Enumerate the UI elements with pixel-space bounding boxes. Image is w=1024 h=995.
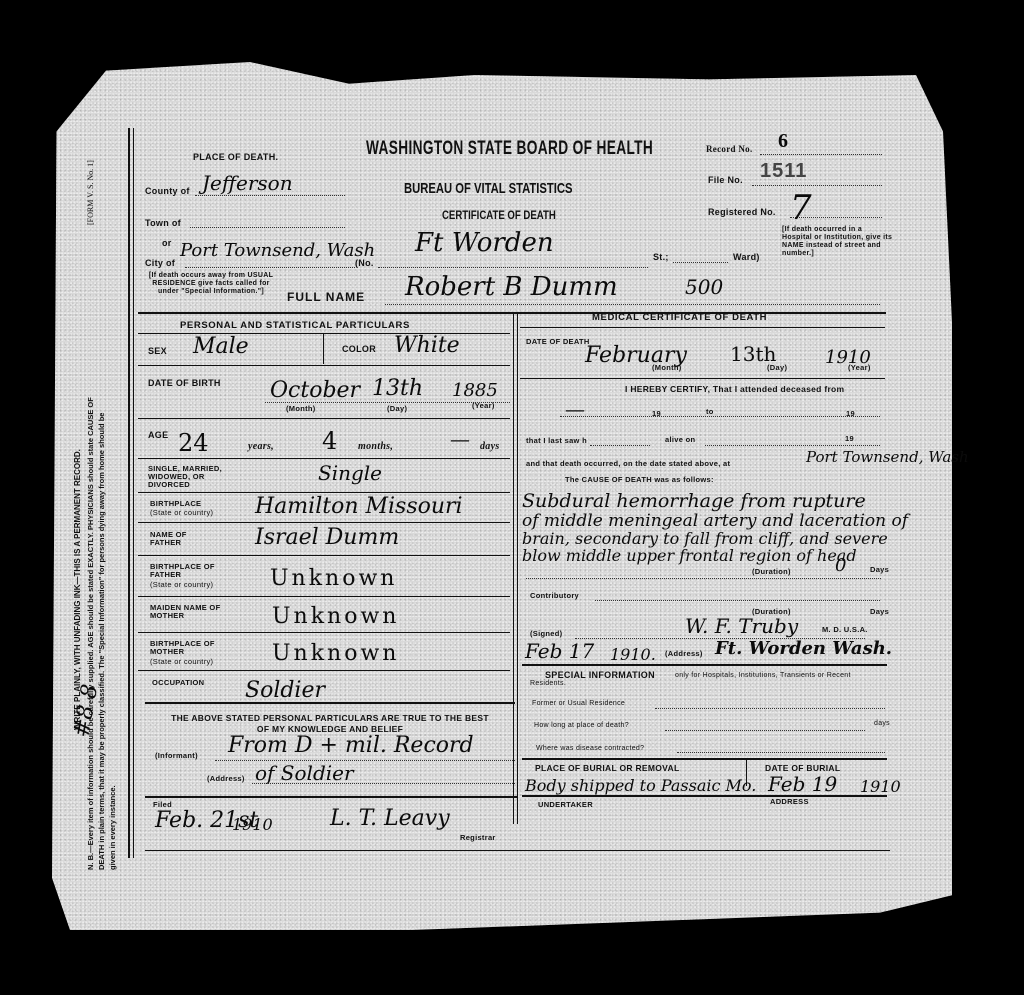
registrar-signature: L. T. Leavy xyxy=(330,808,450,830)
burial-date-label: DATE OF BURIAL xyxy=(765,764,840,772)
signed-label: (Signed) xyxy=(530,630,562,638)
personal-divider-4 xyxy=(138,492,510,493)
former-residence-line xyxy=(655,708,885,709)
institution-note: [If death occurred in a Hospital or Inst… xyxy=(782,226,894,258)
father-value: Israel Dumm xyxy=(255,527,399,549)
father-birthplace-value: Unknown xyxy=(270,568,397,590)
dob-month-label: (Month) xyxy=(286,405,316,413)
burial-date-value: Feb 19 xyxy=(768,773,837,795)
medical-heading: MEDICAL CERTIFICATE OF DEATH xyxy=(592,312,767,323)
full-name-annotation: 500 xyxy=(685,276,723,298)
physician-address-value: Ft. Worden Wash. xyxy=(715,638,892,660)
dob-day: 13th xyxy=(372,378,423,400)
dod-day: 13th xyxy=(730,343,776,365)
form-number: [FORM V. S. No. 1] xyxy=(86,160,95,225)
marital-label: SINGLE, MARRIED, WIDOWED, OR DIVORCED xyxy=(148,465,248,489)
header-divider xyxy=(138,312,886,314)
mother-birthplace-value: Unknown xyxy=(272,643,399,665)
father-birthplace-sublabel: (State or country) xyxy=(150,581,213,589)
medical-divider-0 xyxy=(520,327,885,328)
mother-birthplace-label: BIRTHPLACE OF MOTHER xyxy=(150,640,230,656)
contributory-line xyxy=(595,600,880,601)
personal-divider-6 xyxy=(138,555,510,556)
sex-value: Male xyxy=(193,336,249,358)
how-long-line xyxy=(665,730,865,731)
dob-day-label: (Day) xyxy=(387,405,407,413)
last-saw-line xyxy=(590,445,650,446)
margin-instruction-line2: N. B.—Every item of information should b… xyxy=(86,397,95,870)
street-line xyxy=(378,267,648,268)
sex-color-divider xyxy=(323,334,324,364)
age-years: 24 xyxy=(178,432,209,454)
certificate-title: CERTIFICATE OF DEATH xyxy=(442,208,556,222)
town-label: Town of xyxy=(145,218,181,228)
city-value: Port Townsend, Wash xyxy=(180,240,375,262)
cause-line-4: blow middle upper frontal region of head xyxy=(522,545,857,567)
full-name-line xyxy=(385,304,880,305)
personal-divider-9 xyxy=(138,670,510,671)
dod-month-label: (Month) xyxy=(652,364,682,372)
informant-address-value: of Soldier xyxy=(255,762,354,784)
dod-label: DATE OF DEATH xyxy=(526,338,590,346)
dod-year-label: (Year) xyxy=(848,364,871,372)
county-label: County of xyxy=(145,186,190,196)
months-label: months, xyxy=(358,442,393,452)
duration-value-1: 0 xyxy=(835,555,846,577)
city-label: City of xyxy=(145,258,175,268)
medical-divider-1 xyxy=(520,378,885,379)
informant-address-label: (Address) xyxy=(207,775,245,783)
cause-label: The CAUSE OF DEATH was as follows: xyxy=(565,476,714,484)
signed-year: 1910. xyxy=(610,644,656,666)
age-label: AGE xyxy=(148,430,168,440)
file-no-line xyxy=(752,185,882,186)
color-value: White xyxy=(394,335,460,357)
personal-divider-8 xyxy=(138,632,510,633)
special-divider xyxy=(522,664,887,666)
registrar-label: Registrar xyxy=(460,834,496,842)
file-no-value: 1511 xyxy=(760,160,807,182)
burial-divider xyxy=(522,758,887,760)
age-months: 4 xyxy=(322,430,337,452)
full-name-label: FULL NAME xyxy=(287,292,365,302)
md-label: M. D. U.S.A. xyxy=(822,626,868,634)
occupation-value: Soldier xyxy=(245,680,325,702)
marital-value: Single xyxy=(318,462,382,484)
contracted-label: Where was disease contracted? xyxy=(536,745,644,753)
days-label-1: Days xyxy=(870,566,889,574)
death-place-value: Port Townsend, Wash xyxy=(806,446,969,468)
dod-day-label: (Day) xyxy=(767,364,787,372)
death-occurred-label: and that death occurred, on the date sta… xyxy=(526,460,730,468)
mother-label: MAIDEN NAME OF MOTHER xyxy=(150,604,230,620)
full-name-value: Robert B Dumm xyxy=(405,272,618,302)
duration-line-1 xyxy=(526,578,881,579)
record-no-line xyxy=(760,154,882,155)
personal-divider-1 xyxy=(138,365,510,366)
alive-on-label: alive on xyxy=(665,436,695,444)
column-divider-2 xyxy=(517,314,518,824)
years-label: years, xyxy=(248,442,274,452)
contributory-label: Contributory xyxy=(530,592,579,600)
duration-label-1: (Duration) xyxy=(752,568,791,576)
column-divider-1 xyxy=(513,314,514,824)
st-label: St.; xyxy=(653,252,669,262)
bottom-divider xyxy=(145,850,890,851)
personal-divider-2 xyxy=(138,418,510,419)
town-line xyxy=(190,227,345,228)
burial-place-label: PLACE OF BURIAL OR REMOVAL xyxy=(535,764,679,772)
how-long-label: How long at place of death? xyxy=(534,722,629,730)
frame-left-double-1 xyxy=(128,128,130,858)
file-no-label: File No. xyxy=(708,175,743,185)
personal-divider-10 xyxy=(145,702,515,704)
margin-instruction-line4: given in every instance. xyxy=(108,785,117,870)
signed-date: Feb 17 xyxy=(525,640,594,662)
registered-no-value: 7 xyxy=(790,188,812,228)
days-label: days xyxy=(480,442,500,452)
physician-address-label: (Address) xyxy=(665,650,703,658)
cause-line-1: Subdural hemorrhage from rupture xyxy=(522,490,866,512)
ward-label: Ward) xyxy=(733,252,760,262)
board-title: WASHINGTON STATE BOARD OF HEALTH xyxy=(366,138,653,160)
father-label: NAME OF FATHER xyxy=(150,531,210,547)
personal-heading: PERSONAL AND STATISTICAL PARTICULARS xyxy=(180,320,410,331)
record-no-label: Record No. xyxy=(706,144,753,154)
alive-19-label: 19 xyxy=(845,435,854,443)
or-label: or xyxy=(162,238,172,248)
father-birthplace-label: BIRTHPLACE OF FATHER xyxy=(150,563,230,579)
sex-label: SEX xyxy=(148,346,167,356)
street-value: Ft Worden xyxy=(415,232,554,254)
dob-year-label: (Year) xyxy=(472,402,495,410)
attended-to-label: to xyxy=(706,408,714,416)
dob-label: DATE OF BIRTH xyxy=(148,378,221,388)
former-residence-label: Former or Usual Residence xyxy=(532,700,625,708)
how-long-days-label: days xyxy=(874,720,890,728)
attended-19-label-2: 19 xyxy=(846,410,855,418)
contracted-line xyxy=(677,752,885,753)
burial-place-value: Body shipped to Passaic Mo. xyxy=(525,775,756,797)
personal-divider-5 xyxy=(138,522,510,523)
filed-divider xyxy=(145,796,517,798)
certify-text: I HEREBY CERTIFY, That I attended deceas… xyxy=(625,385,844,393)
county-line xyxy=(195,195,345,196)
undertaker-label: UNDERTAKER xyxy=(538,801,593,809)
usual-residence-note: [If death occurs away from USUAL RESIDEN… xyxy=(145,272,277,296)
record-no-value: 6 xyxy=(778,130,788,152)
undertaker-address-label: ADDRESS xyxy=(770,798,809,806)
age-days: — xyxy=(450,428,470,450)
birthplace-value: Hamilton Missouri xyxy=(255,496,463,518)
attended-19-label: 19 xyxy=(652,410,661,418)
filed-year: 1910 xyxy=(232,814,273,836)
informant-value: From D + mil. Record xyxy=(228,735,474,757)
bureau-title: BUREAU OF VITAL STATISTICS xyxy=(404,180,573,197)
occupation-label: OCCUPATION xyxy=(152,679,204,687)
mother-value: Unknown xyxy=(272,606,399,628)
attended-from-value: — xyxy=(565,398,585,420)
attended-from-line xyxy=(560,416,880,417)
attestation-text: THE ABOVE STATED PERSONAL PARTICULARS AR… xyxy=(165,713,495,735)
birthplace-label: BIRTHPLACE xyxy=(150,500,201,508)
last-saw-label: that I last saw h xyxy=(526,437,587,445)
ward-line xyxy=(673,262,728,263)
undertaker-divider xyxy=(522,795,887,797)
personal-divider-7 xyxy=(138,596,510,597)
personal-divider-3 xyxy=(138,458,510,459)
dob-month: October xyxy=(270,380,360,402)
informant-label: (Informant) xyxy=(155,752,198,760)
dob-year: 1885 xyxy=(452,380,498,402)
city-line xyxy=(185,267,355,268)
registered-no-label: Registered No. xyxy=(708,207,776,217)
birthplace-sublabel: (State or country) xyxy=(150,509,213,517)
street-no-label: (No. xyxy=(355,258,374,268)
special-heading-rest: only for Hospitals, Institutions, Transi… xyxy=(530,672,885,688)
physician-signature: W. F. Truby xyxy=(685,615,798,637)
mother-birthplace-sublabel: (State or country) xyxy=(150,658,213,666)
county-value: Jefferson xyxy=(202,172,293,194)
days-label-2: Days xyxy=(870,608,889,616)
color-label: COLOR xyxy=(342,344,376,354)
margin-instruction-line3: DEATH in plain terms, that it may be pro… xyxy=(97,413,106,870)
frame-left-double-2 xyxy=(133,128,134,858)
place-of-death-heading: PLACE OF DEATH. xyxy=(193,152,278,162)
